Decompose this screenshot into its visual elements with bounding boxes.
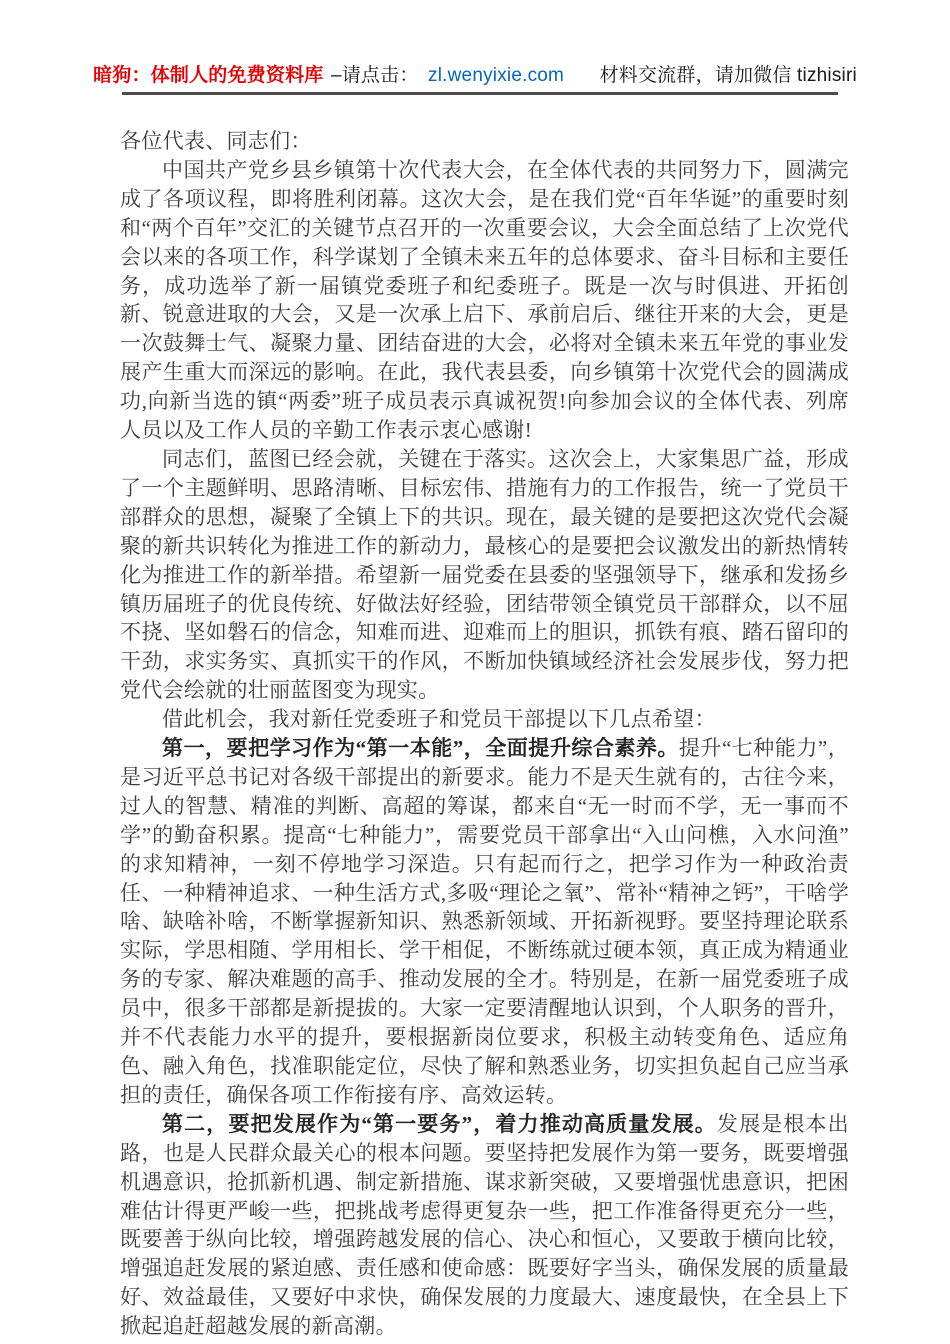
paragraph-3: 借此机会，我对新任党委班子和党员干部提以下几点希望：	[120, 705, 849, 734]
paragraph-4-text: 提升“七种能力”，是习近平总书记对各级干部提出的新要求。能力不是天生就有的，古往…	[120, 736, 849, 1107]
promo-header: 暗狗：体制人的免费资料库 –请点击： zl.wenyixie.com 材料交流群…	[0, 60, 950, 87]
salutation-line: 各位代表、同志们：	[120, 127, 849, 156]
paragraph-1: 中国共产党乡县乡镇第十次代表大会，在全体代表的共同努力下，圆满完成了各项议程，即…	[120, 156, 849, 445]
document-page: 暗狗：体制人的免费资料库 –请点击： zl.wenyixie.com 材料交流群…	[0, 0, 950, 1344]
paragraph-4: 第一，要把学习作为“第一本能”，全面提升综合素养。提升“七种能力”，是习近平总书…	[120, 734, 849, 1110]
speech-body: 各位代表、同志们： 中国共产党乡县乡镇第十次代表大会，在全体代表的共同努力下，圆…	[120, 127, 849, 1341]
promo-link[interactable]: zl.wenyixie.com	[428, 65, 564, 86]
promo-click-prompt: –请点击：	[331, 65, 419, 86]
paragraph-5-text: 发展是根本出路，也是人民群众最关心的根本问题。要坚持把发展作为第一要务，既要增强…	[120, 1112, 849, 1338]
paragraph-2: 同志们，蓝图已经会就，关键在于落实。这次会上，大家集思广益，形成了一个主题鲜明、…	[120, 445, 849, 705]
paragraph-1-text: 中国共产党乡县乡镇第十次代表大会，在全体代表的共同努力下，圆满完成了各项议程，即…	[120, 158, 849, 442]
paragraph-5-heading: 第二，要把发展作为“第一要务”，着力推动高质量发展。	[162, 1112, 717, 1136]
header-divider-line	[122, 92, 838, 95]
paragraph-5: 第二，要把发展作为“第一要务”，着力推动高质量发展。发展是根本出路，也是人民群众…	[120, 1110, 849, 1341]
paragraph-2-text: 同志们，蓝图已经会就，关键在于落实。这次会上，大家集思广益，形成了一个主题鲜明、…	[120, 447, 849, 702]
paragraph-3-text: 借此机会，我对新任党委班子和党员干部提以下几点希望：	[162, 707, 716, 731]
promo-brand-text: 暗狗：体制人的免费资料库	[93, 65, 323, 86]
promo-wechat-text: 材料交流群，请加微信 tizhisiri	[600, 65, 857, 86]
paragraph-4-heading: 第一，要把学习作为“第一本能”，全面提升综合素养。	[162, 736, 679, 760]
